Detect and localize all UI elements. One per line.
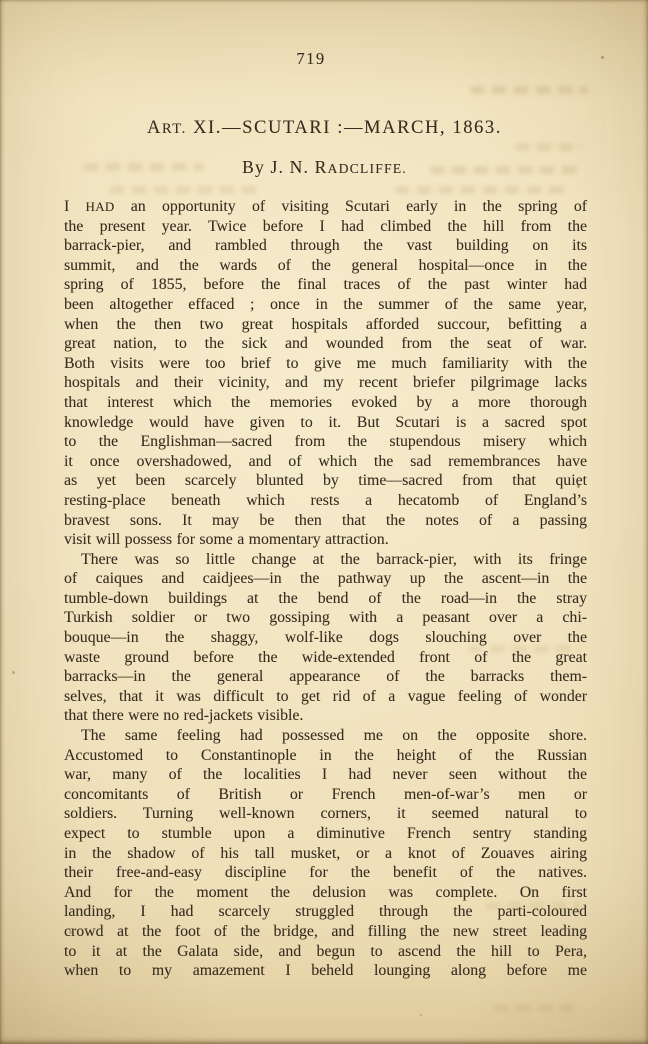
article-title: ART. XI.—SCUTARI :—MARCH, 1863. bbox=[63, 118, 586, 139]
paragraph: The same feeling had possessed me on the… bbox=[64, 726, 587, 981]
text-line: been altogether effaced ; once in the su… bbox=[64, 295, 587, 315]
article-byline: By J. N. RADCLIFFE. bbox=[63, 157, 586, 178]
text-line: barracks—in the general appearance of th… bbox=[64, 667, 587, 687]
paper-speck bbox=[12, 671, 15, 674]
text-line: Both visits were too brief to give me mu… bbox=[64, 354, 587, 374]
bleed-through-ghost bbox=[494, 1004, 579, 1012]
bleed-through-ghost bbox=[470, 86, 588, 94]
text-line: I HAD an opportunity of visiting Scutari… bbox=[64, 197, 587, 217]
text-line: knowledge would have given to it. But Sc… bbox=[64, 413, 587, 433]
text-line: tumble-down buildings at the bend of the… bbox=[64, 589, 587, 609]
small-caps-text: RT. bbox=[162, 121, 187, 137]
text-line: Turkish soldier or two gossiping with a … bbox=[64, 608, 587, 628]
text-line: of caiques and caidjees—in the pathway u… bbox=[64, 569, 587, 589]
text-line: it once overshadowed, and of which the s… bbox=[64, 452, 587, 472]
text-line: that there were no red-jackets visible. bbox=[64, 706, 587, 726]
text-line: resting-place beneath which rests a heca… bbox=[64, 491, 587, 511]
paragraph: There was so little change at the barrac… bbox=[64, 550, 587, 726]
text-line: soldiers. Turning well-known corners, it… bbox=[64, 804, 587, 824]
small-caps-text: HAD bbox=[86, 199, 115, 214]
text-line: summit, and the wards of the general hos… bbox=[64, 256, 587, 276]
small-caps-text: ADCLIFFE. bbox=[328, 161, 407, 176]
text-line: bouque—in the shaggy, wolf-like dogs slo… bbox=[64, 628, 587, 648]
text-line: visit will possess for some a momentary … bbox=[64, 530, 587, 550]
text-line: concomitants of British or French men-of… bbox=[64, 785, 587, 805]
text-line: to it at the Galata side, and begun to a… bbox=[64, 942, 587, 962]
text-line: the present year. Twice before I had cli… bbox=[64, 217, 587, 237]
text-line: to the Englishman—sacred from the stupen… bbox=[64, 432, 587, 452]
text-line: great nation, to the sick and wounded fr… bbox=[64, 334, 587, 354]
scanned-page: 719 ART. XI.—SCUTARI :—MARCH, 1863. By J… bbox=[0, 0, 648, 1044]
text-line: war, many of the localities I had never … bbox=[64, 765, 587, 785]
body-text: I HAD an opportunity of visiting Scutari… bbox=[64, 197, 587, 981]
page-number: 719 bbox=[0, 49, 622, 69]
text-line: bravest sons. It may be then that the no… bbox=[64, 511, 587, 531]
text-line: when to my amazement I beheld lounging a… bbox=[64, 961, 587, 981]
text-line: barrack-pier, and rambled through the va… bbox=[64, 236, 587, 256]
bleed-through-ghost bbox=[515, 143, 583, 151]
text-line: selves, that it was difficult to get rid… bbox=[64, 687, 587, 707]
text-line: waste ground before the wide-extended fr… bbox=[64, 648, 587, 668]
bleed-through-ghost bbox=[395, 186, 570, 194]
paper-speck bbox=[420, 1014, 422, 1016]
text-line: that interest which the memories evoked … bbox=[64, 393, 587, 413]
text-line: spring of 1855, before the final traces … bbox=[64, 275, 587, 295]
paragraph: I HAD an opportunity of visiting Scutari… bbox=[64, 197, 587, 550]
bleed-through-ghost bbox=[110, 186, 260, 194]
text-line: their free-and-easy discipline for the b… bbox=[64, 863, 587, 883]
text-line: when the then two great hospitals afford… bbox=[64, 315, 587, 335]
text-line: as yet been scarcely blunted by time—sac… bbox=[64, 471, 587, 491]
text-line: hospitals and their vicinity, and my rec… bbox=[64, 373, 587, 393]
text-line: There was so little change at the barrac… bbox=[64, 550, 587, 570]
text-line: Accustomed to Constantinople in the heig… bbox=[64, 746, 587, 766]
text-line: in the shadow of his tall musket, or a k… bbox=[64, 844, 587, 864]
text-line: landing, I had scarcely struggled throug… bbox=[64, 902, 587, 922]
text-line: The same feeling had possessed me on the… bbox=[64, 726, 587, 746]
text-line: And for the moment the delusion was comp… bbox=[64, 883, 587, 903]
text-line: crowd at the foot of the bridge, and fil… bbox=[64, 922, 587, 942]
text-line: expect to stumble upon a diminutive Fren… bbox=[64, 824, 587, 844]
